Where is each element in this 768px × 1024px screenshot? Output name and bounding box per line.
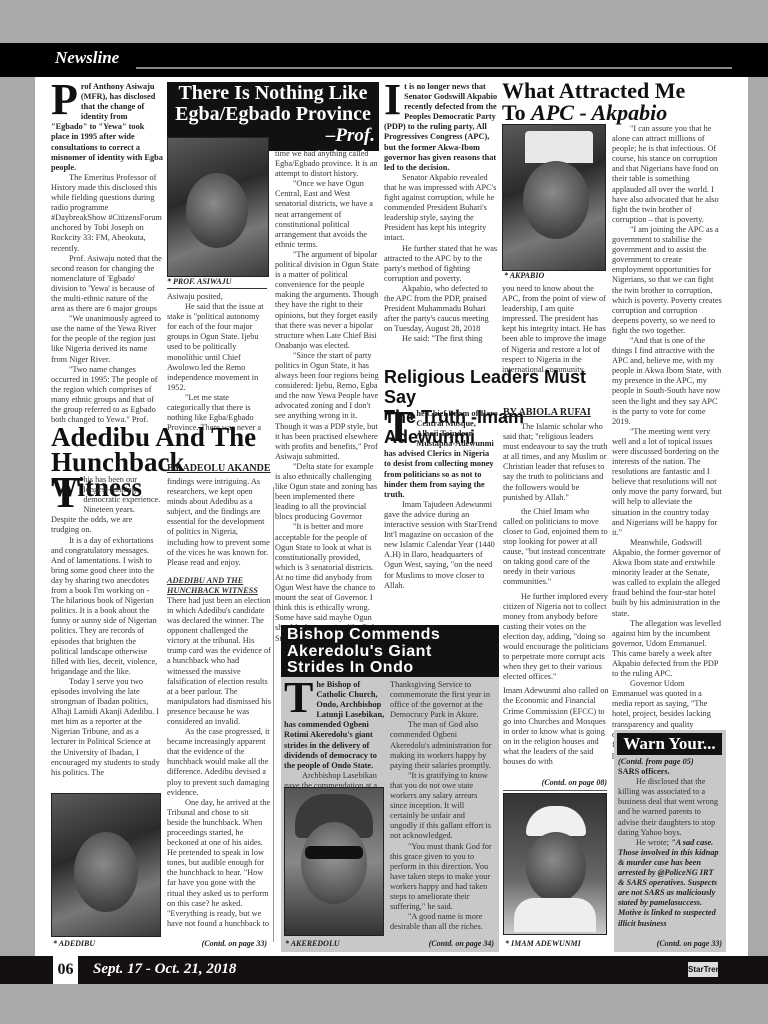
- akeredolu-col2: Thanksgiving Service to commemorate the …: [390, 680, 494, 932]
- paragraph: The allegation was levelled against him …: [612, 619, 722, 680]
- adewunmi-byline: BY ABIOLA RUFAI: [503, 407, 591, 418]
- akeredolu-continued: (Contd. on page 34): [390, 939, 494, 948]
- drop-cap: I: [384, 82, 401, 118]
- portrait-face: [186, 173, 248, 248]
- paragraph: findings were intriguing. As researchers…: [167, 477, 271, 568]
- continued-from: (Contd. from page 05): [618, 757, 722, 767]
- paragraph: It is a day of exhortations and congratu…: [51, 536, 161, 677]
- top-margin: [0, 0, 768, 43]
- paragraph: He said that the issue at stake is "poli…: [167, 302, 271, 393]
- akpabio-col1: I t is no longer news that Senator Godsw…: [384, 82, 498, 344]
- caption-rule: [167, 288, 267, 289]
- masthead-rule: [136, 67, 732, 69]
- paragraph: "The argument of bipolar political divis…: [275, 250, 381, 351]
- adedibu-byline: BY ADEOLU AKANDE: [167, 463, 271, 474]
- adedibu-caption: * ADEDIBU: [53, 939, 95, 948]
- paragraph: He further stated that he was attracted …: [384, 244, 498, 284]
- akeredolu-headline: Bishop Commends Akeredolu's Giant Stride…: [281, 625, 499, 677]
- paragraph: Today I serve you two episodes involving…: [51, 677, 161, 778]
- headline-text-italic: APC - Akpabio: [531, 100, 667, 125]
- portrait-cap: [525, 131, 593, 163]
- asiwaju-headline-attribution: –Prof. Asiwaju: [269, 125, 379, 151]
- paragraph: He said: "The first thing: [384, 334, 498, 344]
- paragraph: He disclosed that the killing was associ…: [618, 777, 722, 838]
- sunglasses-icon: [305, 846, 363, 859]
- adewunmi-photo: [503, 793, 607, 935]
- adewunmi-caption: * IMAM ADEWUNMI: [505, 939, 581, 948]
- column-rule: [273, 487, 274, 942]
- masthead: Newsline: [0, 43, 768, 77]
- paragraph: The Emeritus Professor of History made t…: [51, 173, 163, 254]
- paragraph: time we had anything called Egba/Egbado …: [275, 149, 381, 179]
- headline-line: To APC - Akpabio: [502, 102, 722, 124]
- issue-date: Sept. 17 - Oct. 21, 2018: [93, 961, 236, 978]
- paragraph-lead: He wrote;: [636, 838, 671, 847]
- paragraph: The man of God also commended Ogbeni Ake…: [390, 720, 494, 770]
- newspaper-page: P rof Anthony Asiwaju (MFR), has disclos…: [35, 77, 748, 956]
- paragraph: As the case progressed, it became increa…: [167, 727, 271, 798]
- headline-line: Egba/Egbado Province: [167, 104, 379, 125]
- adedibu-continued: (Contd. on page 33): [185, 939, 267, 948]
- paragraph: "Two name changes occurred in 1995: The …: [51, 365, 163, 426]
- akeredolu-caption: * AKEREDOLU: [285, 939, 340, 948]
- akpabio-headline: What Attracted Me To APC - Akpabio: [502, 80, 722, 124]
- adewunmi-continued: (Contd. on page 08): [503, 778, 607, 787]
- portrait-face: [526, 832, 586, 902]
- paragraph: "We unanimously agreed to use the name o…: [51, 314, 163, 364]
- divider: [503, 790, 607, 791]
- paragraph: There had just been an election in which…: [167, 596, 271, 727]
- headline-line: Bishop Commends: [287, 627, 493, 644]
- akpabio-col3: "I can assure you that he alone can attr…: [612, 124, 722, 760]
- paragraph: Asiwaju posited,: [167, 292, 271, 302]
- portrait-face: [74, 832, 138, 912]
- akeredolu-photo: [284, 787, 384, 936]
- drop-cap: T: [51, 475, 80, 511]
- paragraph: "I am joining the APC as a government to…: [612, 225, 722, 336]
- asiwaju-col1: P rof Anthony Asiwaju (MFR), has disclos…: [51, 82, 163, 425]
- akeredolu-col1: T he Bishop of Catholic Church, Ondo, Ar…: [284, 680, 388, 791]
- section-title: Newsline: [55, 48, 119, 68]
- adedibu-subhead: ADEDIBU AND THE HUNCHBACK WITNESS: [167, 576, 271, 596]
- paragraph: "Once we have Ogun Central, East and Wes…: [275, 179, 381, 250]
- paragraph: Imam Adewunmi also called on the Economi…: [503, 686, 609, 767]
- paragraph: One day, he arrived at the Tribunal and …: [167, 798, 271, 929]
- adewunmi-col2: The Islamic scholar who said that; "reli…: [503, 422, 609, 767]
- headline-line: Akeredolu's Giant: [287, 644, 493, 661]
- portrait-garment: [514, 898, 596, 932]
- headline-line: Strides In Ondo: [287, 660, 493, 677]
- paragraph: "Since the start of party politics in Og…: [275, 351, 381, 462]
- headline-line: There Is Nothing Like: [167, 82, 379, 104]
- paragraph: "It is gratifying to know that you do no…: [390, 771, 494, 842]
- akpabio-photo: [502, 124, 606, 271]
- asiwaju-col2: Asiwaju posited, He said that the issue …: [167, 292, 271, 433]
- paragraph: "Delta state for example is also ethnica…: [275, 462, 381, 523]
- quote: "A sad case. Those involved in this kidn…: [618, 838, 719, 928]
- adewunmi-col1: T he Chief Imam of Ilaro Central Mosque,…: [384, 409, 498, 591]
- akpabio-caption: * AKPABIO: [504, 271, 544, 280]
- warn-continued: (Contd. on page 33): [618, 939, 722, 948]
- paragraph: Imam Tajudeen Adewunmi gave the advice d…: [384, 500, 498, 591]
- paragraph: SARS officers.: [618, 767, 722, 777]
- paragraph: "And that is one of the things I find at…: [612, 336, 722, 427]
- portrait-face: [301, 822, 367, 904]
- akpabio-col2: you need to know about the APC, from the…: [502, 284, 608, 375]
- adedibu-photo: [51, 793, 161, 937]
- adedibu-col2: findings were intriguing. As researchers…: [167, 477, 271, 929]
- headline-line: Religious Leaders Must Say: [384, 367, 614, 407]
- paragraph: Akpabio, who defected to the APC from th…: [384, 284, 498, 334]
- paragraph: the Chief Imam who called on politicians…: [503, 507, 609, 588]
- asiwaju-photo: [167, 137, 269, 277]
- paragraph: "A good name is more desirable than all …: [390, 912, 494, 932]
- portrait-face: [523, 161, 589, 239]
- adedibu-col1: T his has been our longest-running democ…: [51, 475, 161, 778]
- asiwaju-col3: time we had anything called Egba/Egbado …: [275, 149, 381, 644]
- paragraph: "The meeting went very well and a lot of…: [612, 427, 722, 538]
- paragraph: He further implored every citizen of Nig…: [503, 592, 609, 683]
- warn-headline: Warn Your...: [617, 733, 722, 755]
- paragraph: Meanwhile, Godswill Akpabio, the former …: [612, 538, 722, 619]
- paragraph: Senator Akpabio revealed that he was imp…: [384, 173, 498, 244]
- publication-logo: StarTrend: [688, 962, 718, 977]
- warn-body: (Contd. from page 05) SARS officers. He …: [618, 757, 722, 929]
- headline-line: What Attracted Me: [502, 80, 722, 102]
- drop-cap: T: [284, 680, 313, 716]
- paragraph: The Islamic scholar who said that; "reli…: [503, 422, 609, 503]
- headline-text: To: [502, 100, 531, 125]
- paragraph: "You must thank God for this grace given…: [390, 842, 494, 913]
- paragraph: Prof. Asiwaju noted that the second reas…: [51, 254, 163, 315]
- page-number: 06: [53, 956, 78, 984]
- paragraph: you need to know about the APC, from the…: [502, 284, 608, 375]
- drop-cap: P: [51, 82, 78, 118]
- asiwaju-caption: * PROF. ASIWAJU: [167, 277, 267, 286]
- paragraph: Thanksgiving Service to commemorate the …: [390, 680, 494, 720]
- drop-cap: T: [384, 409, 413, 445]
- paragraph: "I can assure you that he alone can attr…: [612, 124, 722, 225]
